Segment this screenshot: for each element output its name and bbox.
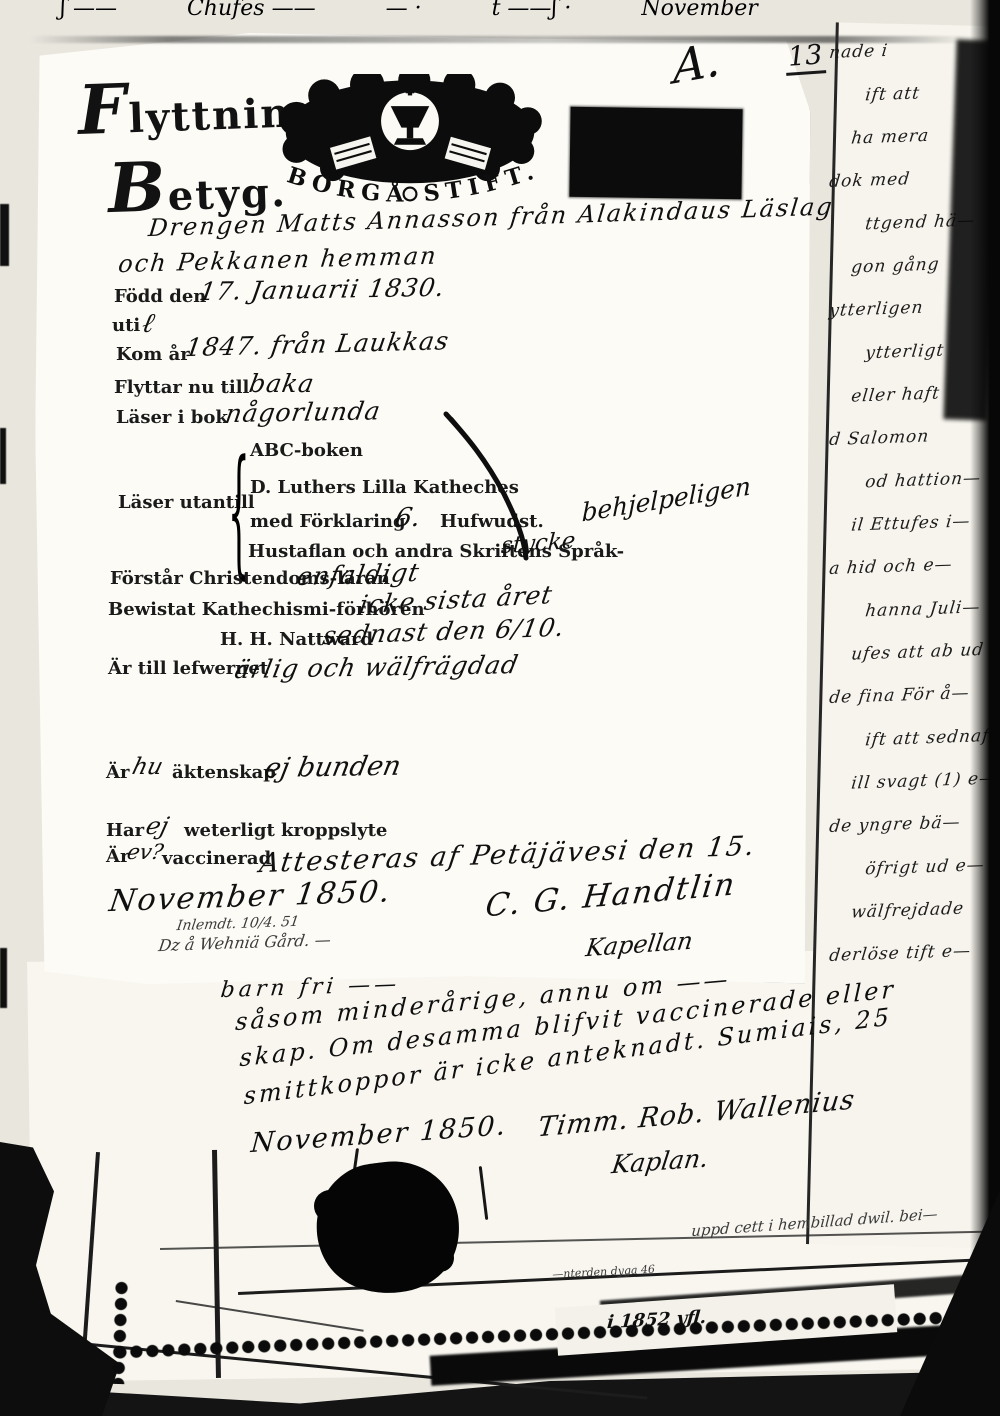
top-fragment: ʃ ——: [60, 0, 117, 21]
archival-letter-mark: A.: [672, 32, 721, 95]
pen-flourish: [408, 408, 558, 573]
top-edge-text-fragments: ʃ —— Chufes —— — · t ——ʃ · November: [60, 0, 1000, 21]
lower-sheet-text: barn fri ——såsom minderårige, annu om ——…: [0, 978, 1000, 1178]
lower-sheet-line: November 1850.: [250, 1110, 508, 1159]
body-defect-label-suffix: weterligt kroppslyte: [184, 820, 387, 841]
field-value-moving-to: baka: [247, 369, 317, 398]
field-label-moving-to: Flyttar nu till: [114, 377, 249, 398]
top-fragment: Chufes ——: [187, 0, 316, 21]
body-defect-label-prefix: Har: [106, 820, 144, 841]
vaccination-label-suffix: vaccinerad: [162, 848, 271, 869]
recites-item-abc-book: ABC-boken: [250, 440, 363, 461]
edge-speck: [0, 428, 6, 484]
ink-stamp-block: [569, 107, 742, 199]
field-label-reads-in-book: Läser i bok: [116, 407, 228, 428]
top-fragment: November: [641, 0, 757, 21]
scanned-document: ʃ —— Chufes —— — · t ——ʃ · November Flyt…: [0, 0, 1000, 1416]
marriage-label-suffix: äktenskap: [172, 762, 276, 783]
recites-item-explanation: med Förklaring: [250, 511, 406, 532]
top-fragment: — ·: [386, 0, 422, 21]
field-value-understands-doctrine: enfaldigt: [295, 558, 422, 591]
ink-blot: [300, 1158, 470, 1308]
field-value-born: 17. Januarii 1830.: [197, 273, 447, 306]
marriage-label-prefix: Är: [106, 762, 129, 783]
field-label-arrived-year: Kom år: [116, 344, 190, 365]
marriage-value: ej bunden: [262, 751, 404, 784]
edge-speck: [0, 948, 7, 1008]
top-fragment: t ——ʃ ·: [492, 0, 572, 21]
vaccination-inserted-word: ev?: [125, 840, 166, 864]
field-label-born: Född den: [114, 286, 206, 307]
field-value-conduct: ärlig och wälfrägdad: [232, 650, 521, 684]
field-value-reads-in-book: någorlunda: [223, 396, 383, 428]
page-number: 13: [784, 39, 827, 76]
field-label-in: uti: [112, 315, 140, 336]
diocese-seal-icon: BORGÅ STIFT.: [268, 74, 552, 224]
edge-speck: [0, 204, 9, 266]
